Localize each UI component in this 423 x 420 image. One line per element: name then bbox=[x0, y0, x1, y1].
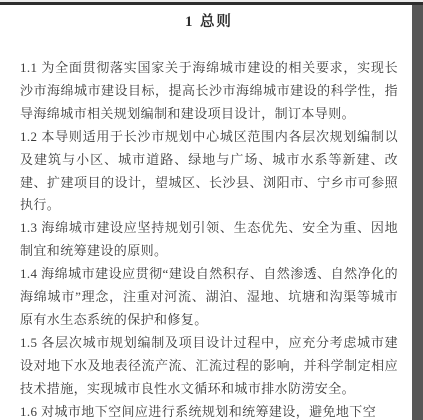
paragraph-1-3: 1.3 海绵城市建设应坚持规划引领、生态优先、安全为重、因地制宜和统筹建设的原则… bbox=[20, 217, 398, 263]
paragraph-1-4: 1.4 海绵城市建设应贯彻“建设自然积存、自然渗透、自然净化的海绵城市”理念，注… bbox=[20, 263, 398, 332]
document-page: 1 总则 1.1 为全面贯彻落实国家关于海绵城市建设的相关要求，实现长沙市海绵城… bbox=[0, 0, 423, 420]
section-title: 1 总则 bbox=[20, 8, 398, 34]
paragraph-1-6-truncated: 1.6 对城市地下空间应进行系统规划和统筹建设，避免地下空 bbox=[20, 401, 398, 420]
page-right-shadow-strip bbox=[412, 5, 423, 420]
paragraph-1-5: 1.5 各层次城市规划编制及项目设计过程中，应充分考虑城市建设对地下水及地表径流… bbox=[20, 332, 398, 401]
section-body: 1.1 为全面贯彻落实国家关于海绵城市建设的相关要求，实现长沙市海绵城市建设目标… bbox=[20, 57, 398, 420]
page-top-rule bbox=[0, 2, 423, 5]
paragraph-1-2: 1.2 本导则适用于长沙市规划中心城区范围内各层次规划编制以及建筑与小区、城市道… bbox=[20, 126, 398, 218]
page-content: 1 总则 1.1 为全面贯彻落实国家关于海绵城市建设的相关要求，实现长沙市海绵城… bbox=[20, 8, 398, 420]
paragraph-1-1: 1.1 为全面贯彻落实国家关于海绵城市建设的相关要求，实现长沙市海绵城市建设目标… bbox=[20, 57, 398, 126]
